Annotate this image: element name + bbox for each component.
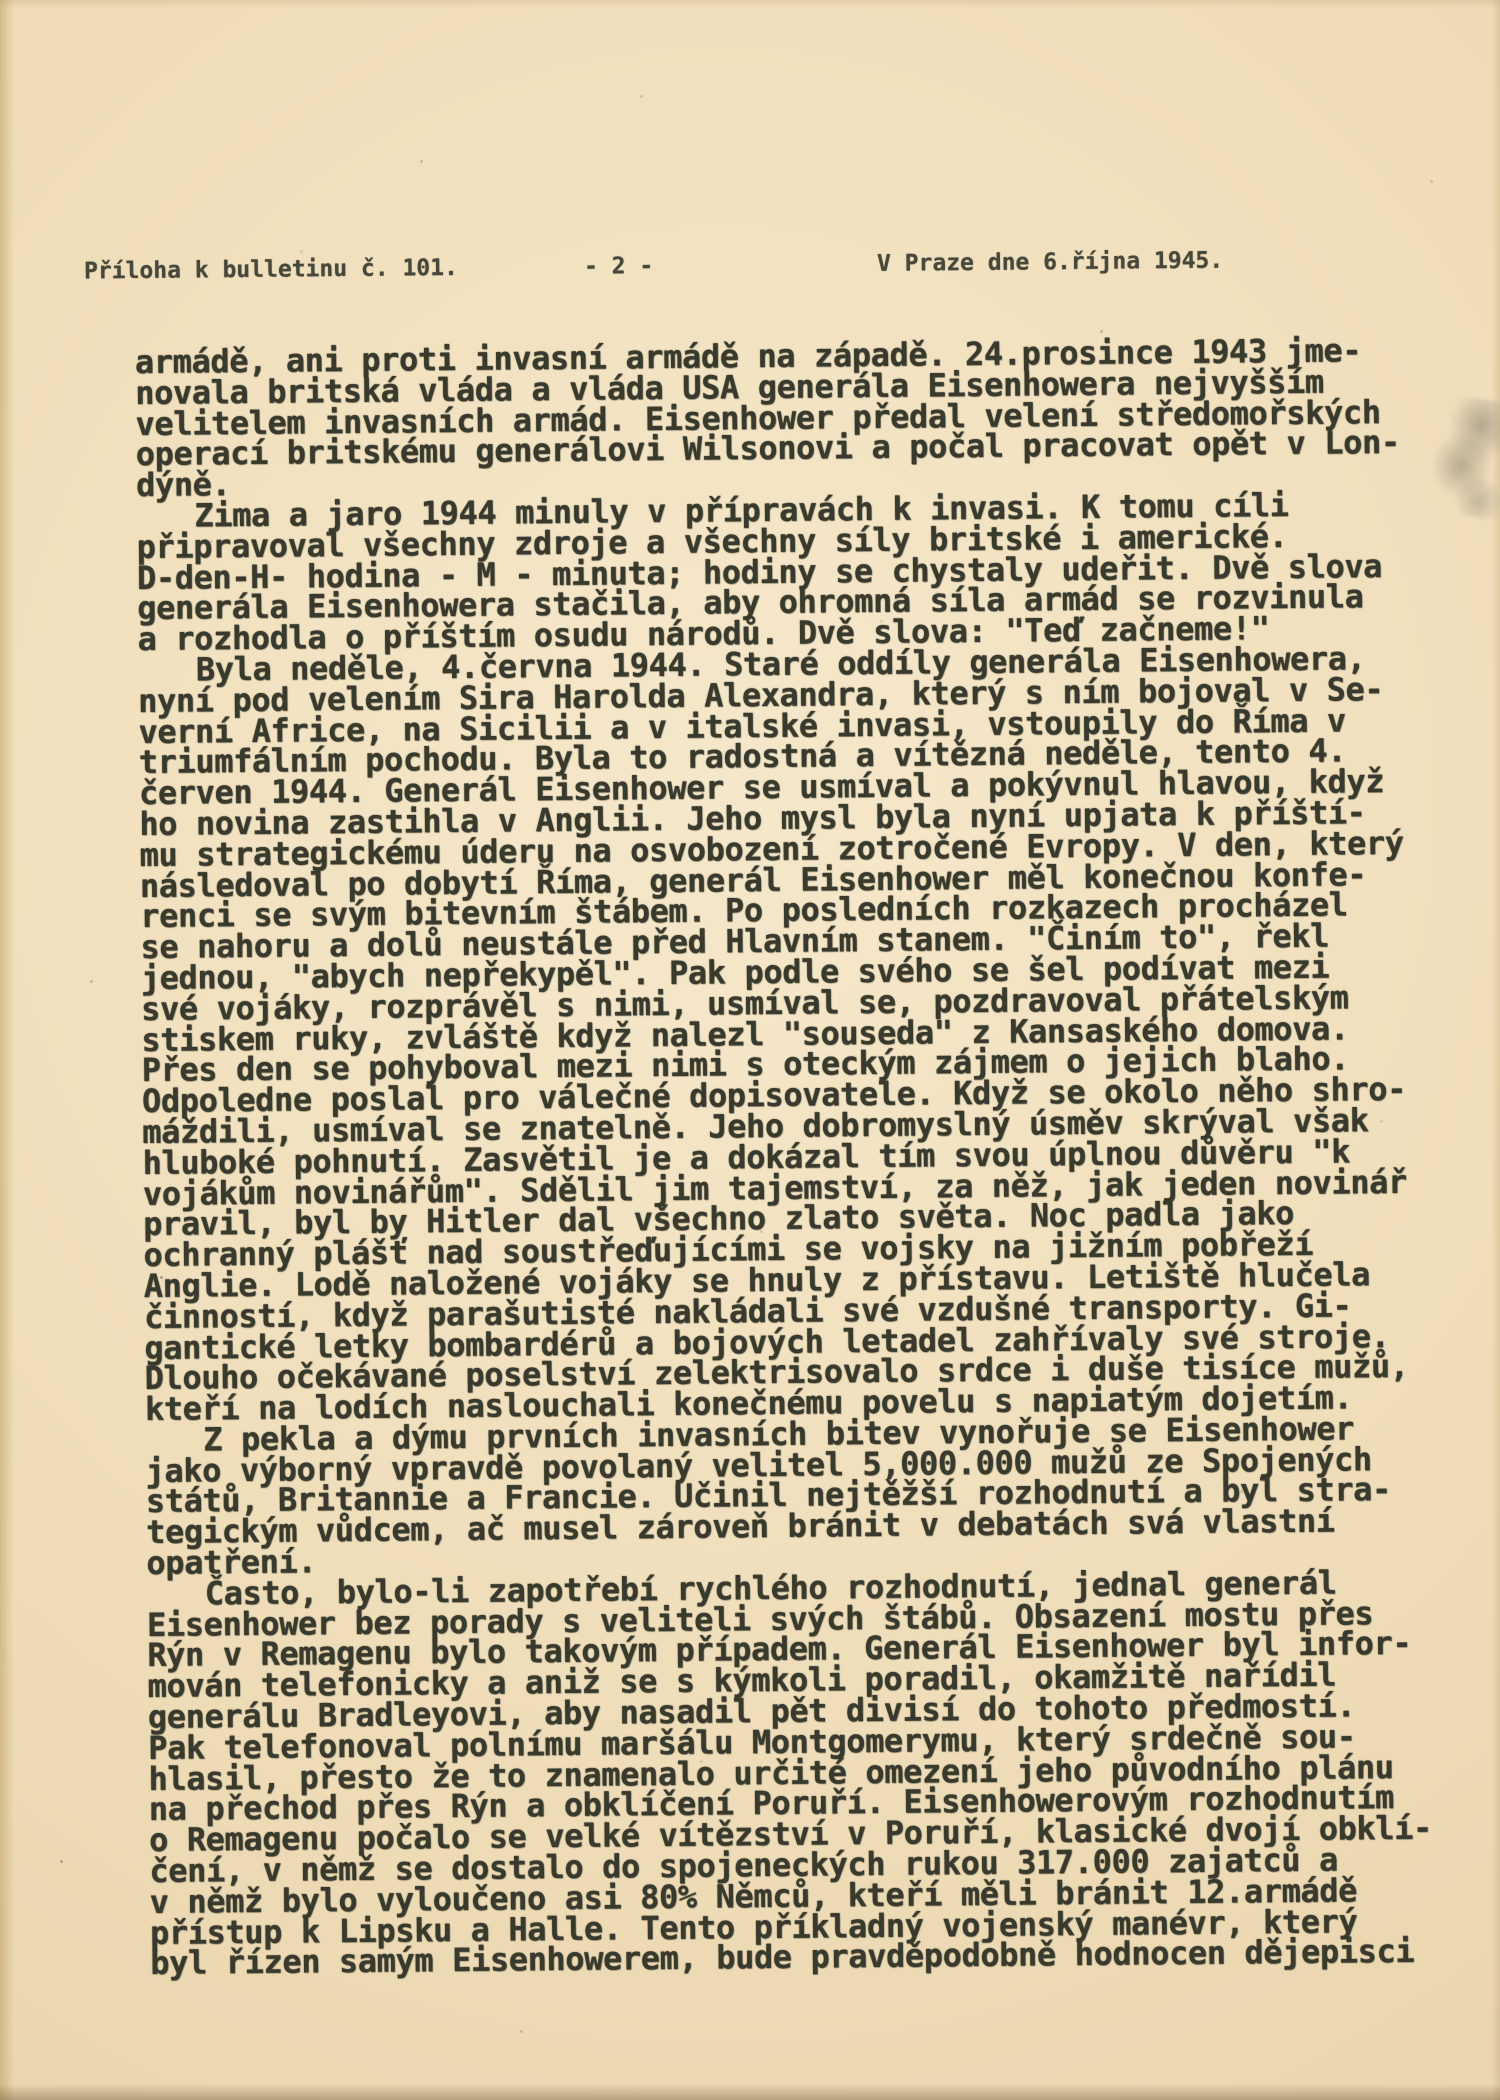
typewritten-content: Příloha k bulletinu č. 101. - 2 - V Praz… xyxy=(0,0,1500,2100)
place-date: V Praze dne 6.října 1945. xyxy=(877,246,1223,279)
paragraph: Z pekla a dýmu prvních invasních bitev v… xyxy=(145,1412,1491,1579)
text-line: byl řízen samým Eisenhowerem, bude pravd… xyxy=(150,1936,1495,1980)
document-body: armádě, ani proti invasní armádě na zápa… xyxy=(135,334,1496,1979)
document-header: Příloha k bulletinu č. 101. - 2 - V Praz… xyxy=(0,0,1496,1)
scanned-document-page: Příloha k bulletinu č. 101. - 2 - V Praz… xyxy=(0,0,1500,2100)
paragraph: Zima a jaro 1944 minuly v přípravách k i… xyxy=(136,488,1482,655)
paragraph: armádě, ani proti invasní armádě na zápa… xyxy=(135,334,1481,501)
paragraph: Často, bylo-li zapotřebí rychlého rozhod… xyxy=(147,1566,1496,1979)
attachment-label: Příloha k bulletinu č. 101. xyxy=(84,253,458,287)
page-number: - 2 - xyxy=(584,251,654,282)
paragraph: Byla neděle, 4.června 1944. Staré oddíly… xyxy=(138,642,1490,1425)
